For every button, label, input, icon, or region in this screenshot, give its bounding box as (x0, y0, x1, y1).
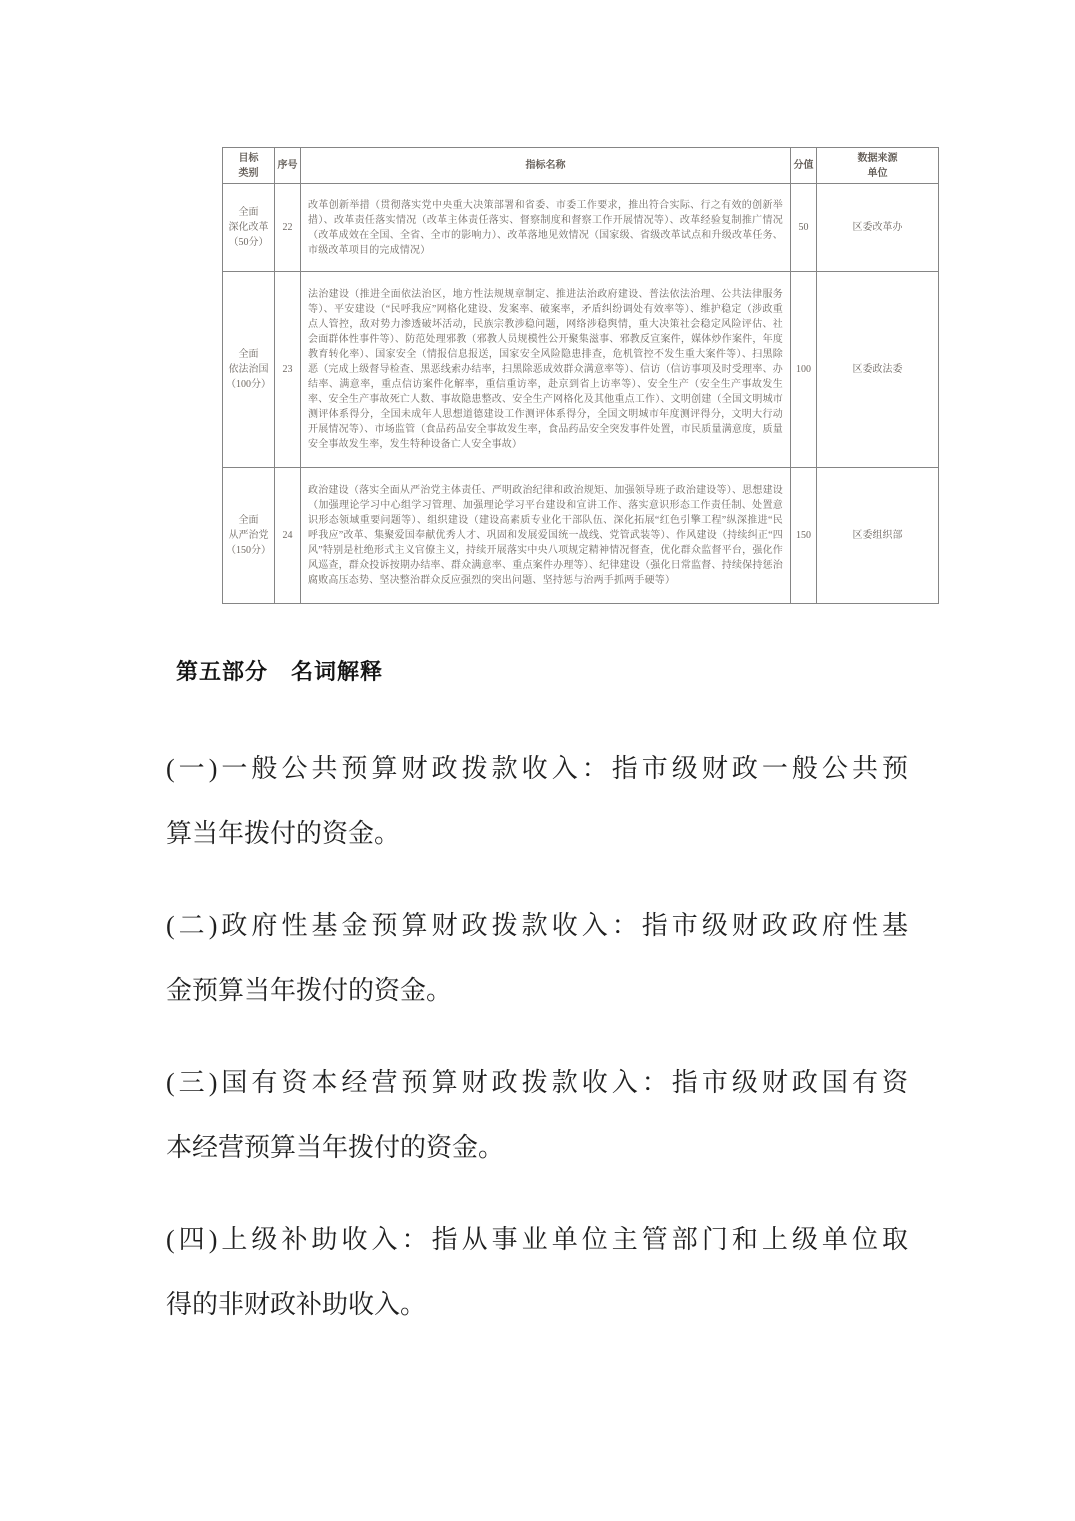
definitions: (一)一般公共预算财政拨款收入：指市级财政一般公共预算当年拨付的资金。(二)政府… (166, 736, 908, 1364)
table-header: 目标 类别 序号 指标名称 分值 数据来源 单位 (223, 148, 939, 184)
document-page: 目标 类别 序号 指标名称 分值 数据来源 单位 全面 深化改革 （50分）22… (0, 0, 1075, 1521)
header-row: 目标 类别 序号 指标名称 分值 数据来源 单位 (223, 148, 939, 184)
indicator-cell: 政治建设（落实全面从严治党主体责任、严明政治纪律和政治规矩、加强领导班子政治建设… (301, 468, 791, 604)
definition-line: (一)一般公共预算财政拨款收入：指市级财政一般公共预 (166, 736, 908, 801)
category-cell: 全面 深化改革 （50分） (223, 184, 275, 272)
index-cell: 24 (275, 468, 301, 604)
indicator-table-body: 全面 深化改革 （50分）22改革创新举措（贯彻落实党中央重大决策部署和省委、市… (223, 184, 939, 604)
score-cell: 100 (791, 272, 817, 468)
definition-line: 得的非财政补助收入。 (166, 1272, 908, 1337)
definition-line: 算当年拨付的资金。 (166, 801, 908, 866)
definition-paragraph: (二)政府性基金预算财政拨款收入：指市级财政政府性基金预算当年拨付的资金。 (166, 893, 908, 1023)
definition-paragraph: (三)国有资本经营预算财政拨款收入：指市级财政国有资本经营预算当年拨付的资金。 (166, 1050, 908, 1180)
definition-line: (二)政府性基金预算财政拨款收入：指市级财政政府性基 (166, 893, 908, 958)
header-source: 数据来源 单位 (817, 148, 939, 184)
table-row: 全面 深化改革 （50分）22改革创新举措（贯彻落实党中央重大决策部署和省委、市… (223, 184, 939, 272)
definition-paragraph: (四)上级补助收入：指从事业单位主管部门和上级单位取得的非财政补助收入。 (166, 1207, 908, 1337)
indicator-table: 目标 类别 序号 指标名称 分值 数据来源 单位 全面 深化改革 （50分）22… (222, 147, 939, 604)
table-row: 全面 依法治国 （100分）23法治建设（推进全面依法治区，地方性法规规章制定、… (223, 272, 939, 468)
header-index: 序号 (275, 148, 301, 184)
definition-line: (四)上级补助收入：指从事业单位主管部门和上级单位取 (166, 1207, 908, 1272)
source-cell: 区委改革办 (817, 184, 939, 272)
source-cell: 区委组织部 (817, 468, 939, 604)
header-score: 分值 (791, 148, 817, 184)
category-cell: 全面 从严治党 （150分） (223, 468, 275, 604)
category-cell: 全面 依法治国 （100分） (223, 272, 275, 468)
definition-line: (三)国有资本经营预算财政拨款收入：指市级财政国有资 (166, 1050, 908, 1115)
definition-paragraph: (一)一般公共预算财政拨款收入：指市级财政一般公共预算当年拨付的资金。 (166, 736, 908, 866)
indicator-cell: 改革创新举措（贯彻落实党中央重大决策部署和省委、市委工作要求，推出符合实际、行之… (301, 184, 791, 272)
definition-line: 本经营预算当年拨付的资金。 (166, 1115, 908, 1180)
score-cell: 50 (791, 184, 817, 272)
indicator-cell: 法治建设（推进全面依法治区，地方性法规规章制定、推进法治政府建设、普法依法治理、… (301, 272, 791, 468)
table-row: 全面 从严治党 （150分）24政治建设（落实全面从严治党主体责任、严明政治纪律… (223, 468, 939, 604)
header-category: 目标 类别 (223, 148, 275, 184)
index-cell: 23 (275, 272, 301, 468)
source-cell: 区委政法委 (817, 272, 939, 468)
header-indicator: 指标名称 (301, 148, 791, 184)
score-cell: 150 (791, 468, 817, 604)
definition-line: 金预算当年拨付的资金。 (166, 958, 908, 1023)
index-cell: 22 (275, 184, 301, 272)
section-title: 第五部分 名词解释 (176, 655, 383, 686)
